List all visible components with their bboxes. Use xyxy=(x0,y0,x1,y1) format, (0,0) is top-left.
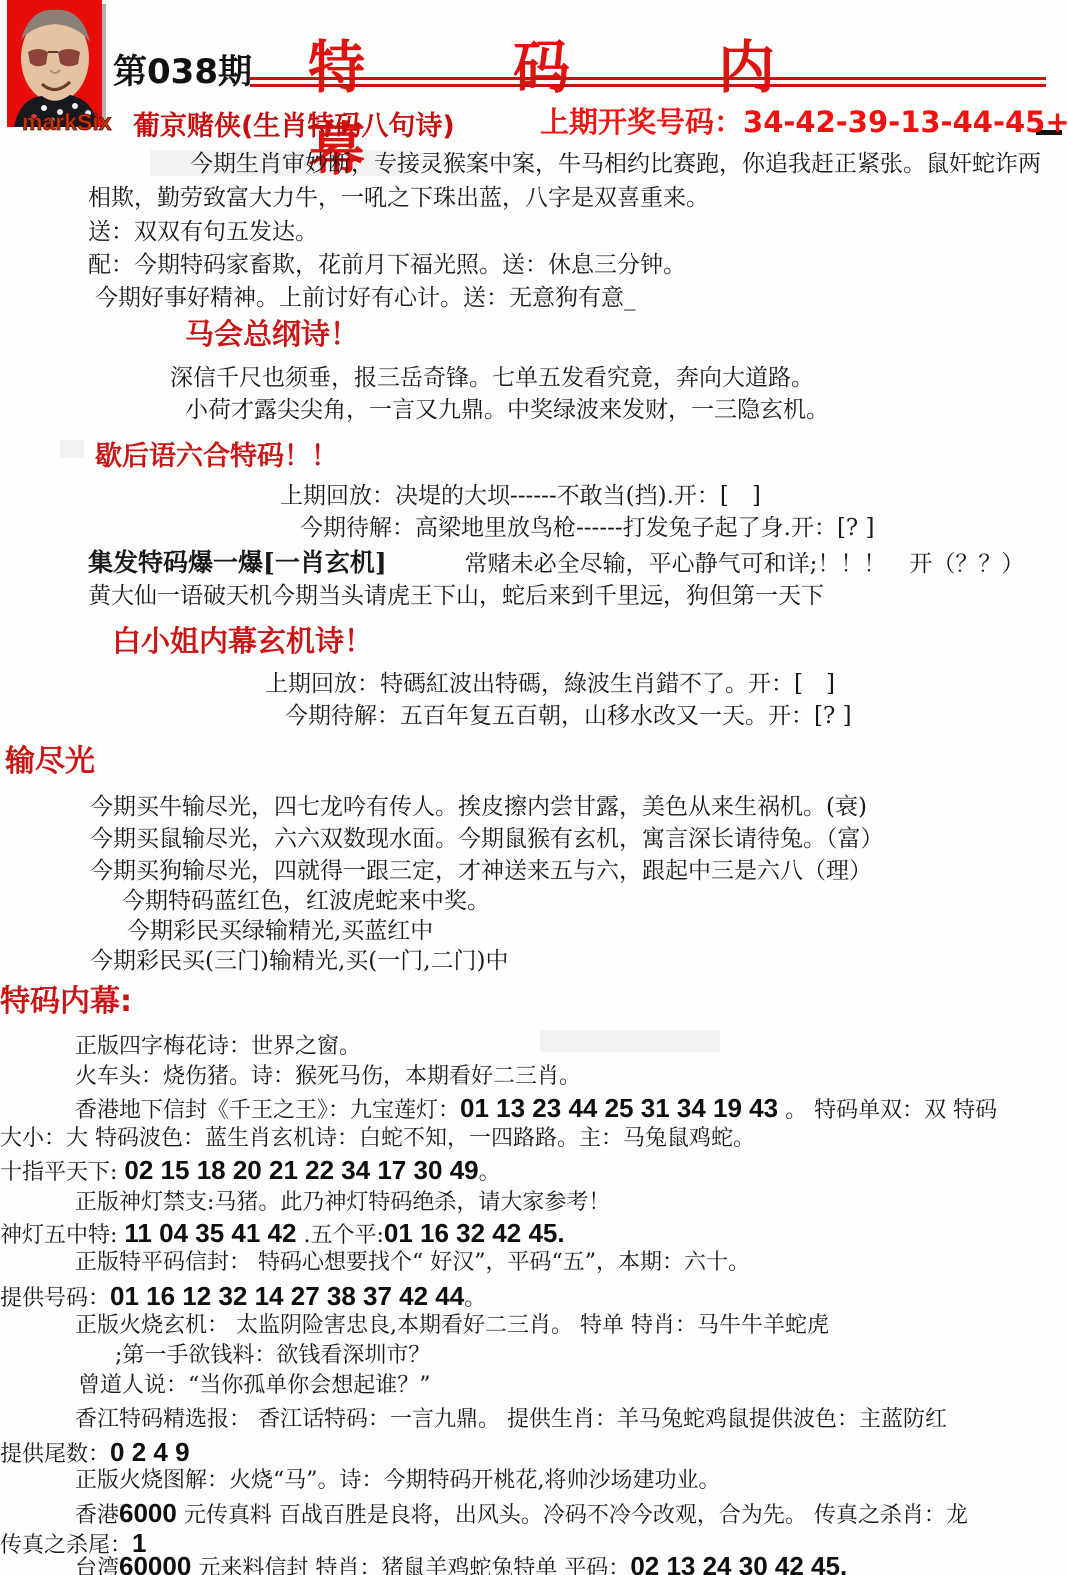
neimu-line: 正版火烧图解：火烧“马”。诗：今期特码开桃花,将帅沙场建功业。 xyxy=(75,1468,721,1494)
neimu-numbers: 0 2 4 9 xyxy=(110,1437,190,1467)
xiehouyu-line: 黄大仙一语破天机今期当头请虎王下山，蛇后来到千里远，狗但第一天下 xyxy=(88,583,824,611)
shujinguang-line: 今期买牛输尽光，四七龙吟有传人。挨皮擦内尝甘露，美色从来生祸机。(衰) xyxy=(90,794,867,822)
neimu-text: 元来料信封 特肖：猪鼠羊鸡蛇兔特单 平码： xyxy=(191,1556,630,1575)
last-draw-label: 上期开奖号码： xyxy=(540,105,743,139)
neimu-numbers: 02 13 24 30 42 45. xyxy=(630,1551,847,1575)
neimu-line: 正版神灯禁支:马猪。此乃神灯特码绝杀，请大家参考！ xyxy=(75,1190,610,1216)
poem-line: 相欺，勤劳致富大力牛，一吼之下珠出蓝，八字是双喜重来。 xyxy=(88,185,709,213)
last-draw-numbers: 34-42-39-13-44-45+43 xyxy=(743,105,1068,139)
neimu-text: 十指平天下: xyxy=(0,1160,124,1185)
shujinguang-line: 今期买狗输尽光，四就得一跟三定，才神送来五与六，跟起中三是六八（理） xyxy=(90,858,872,886)
neimu-line: 台湾60000 元来料信封 特肖：猪鼠羊鸡蛇兔特单 平码：02 13 24 30… xyxy=(75,1551,847,1575)
neimu-numbers: 01 13 23 44 25 31 34 19 43 xyxy=(460,1093,778,1123)
tip-sheet-page: markSix 第038期 特码内幕 葡京赌侠(生肖特码八句诗) 上期开奖号码：… xyxy=(0,0,1068,1575)
neimu-numbers: 01 16 32 42 45. xyxy=(384,1218,565,1248)
neimu-line: 正版火烧玄机： 太监阴险害忠良,本期看好二三肖。 特单 特肖：马牛牛羊蛇虎 xyxy=(75,1313,829,1339)
baixiaojie-heading: 白小姐内幕玄机诗！ xyxy=(112,624,373,659)
shujinguang-heading: 输尽光 xyxy=(5,744,95,780)
xiehouyu-line: 今期待解：高梁地里放鸟枪------打发兔子起了身.开：[? ] xyxy=(300,515,875,543)
title-underline-bottom xyxy=(250,84,1046,87)
neimu-line: 火车头：烧伤猪。诗：猴死马伤，本期看好二三肖。 xyxy=(75,1064,581,1090)
neimu-text: 香港地下信封《千王之王》：九宝莲灯： xyxy=(75,1098,460,1123)
logo-brand-text: markSix xyxy=(22,109,112,135)
neimu-numbers: 02 15 18 20 21 22 34 17 30 49 xyxy=(124,1155,478,1185)
shujinguang-line: 今期特码蓝红色，红波虎蛇来中奖。 xyxy=(122,888,490,916)
neimu-text: 提供尾数： xyxy=(0,1442,110,1467)
xiehouyu-bold-part: 集发特码爆一爆[一肖玄机] xyxy=(88,548,387,577)
baixiaojie-line: 上期回放：特碼紅波出特碼，綠波生肖錯不了。开：[ ] xyxy=(265,671,835,699)
mahui-line: 小荷才露尖尖角，一言又九鼎。中奖绿波来发财，一三隐玄机。 xyxy=(185,397,829,425)
neimu-numbers: 11 04 35 41 42 xyxy=(124,1218,296,1248)
neimu-text: 。 xyxy=(464,1286,486,1311)
neimu-line: 香港6000 元传真料 百战百胜是良将，出风头。冷码不冷今改观，合为先。 传真之… xyxy=(75,1498,968,1529)
scan-artifact xyxy=(60,440,84,458)
neimu-text: 。 特码单双：双 特码 xyxy=(778,1098,997,1123)
issue-number: 第038期 xyxy=(113,44,252,93)
neimu-line: 十指平天下: 02 15 18 20 21 22 34 17 30 49。 xyxy=(0,1155,501,1186)
xiehouyu-heading: 歇后语六合特码！！ xyxy=(95,441,338,473)
xiehouyu-line: 上期回放：决堤的大坝------不敢当(挡).开：[ ] xyxy=(280,483,761,511)
poem-line: 今期生肖审妙断，专接灵猴案中案，牛马相约比赛跑，你追我赶正紧张。鼠奸蛇诈两 xyxy=(190,151,1041,179)
neimu-line: ;第一手欲钱料：欲钱看深圳市？ xyxy=(115,1343,430,1369)
title-underline-top xyxy=(250,77,1046,80)
neimu-line: 提供号码：01 16 12 32 14 27 38 37 42 44。 xyxy=(0,1281,486,1312)
last-draw-result: 上期开奖号码：34-42-39-13-44-45+43 xyxy=(540,100,1068,141)
neimu-line: 香港地下信封《千王之王》：九宝莲灯：01 13 23 44 25 31 34 1… xyxy=(75,1093,997,1124)
neimu-numbers: 60000 xyxy=(119,1551,191,1575)
neimu-numbers: 01 16 12 32 14 27 38 37 42 44 xyxy=(110,1281,464,1311)
neimu-text: 香港 xyxy=(75,1503,119,1528)
xiehouyu-line: 集发特码爆一爆[一肖玄机]常赌未必全尽输，平心静气可和详;！！！ 开（？？） xyxy=(88,548,1024,579)
neimu-text: 提供号码： xyxy=(0,1286,110,1311)
poem-line: 送：双双有句五发达。 xyxy=(88,219,318,247)
baixiaojie-line: 今期待解：五百年复五百朝，山移水改又一天。开：[? ] xyxy=(285,703,852,731)
mahui-heading: 马会总纲诗！ xyxy=(185,317,359,352)
neimu-heading: 特码内幕: xyxy=(0,984,132,1020)
neimu-line: 正版四字梅花诗：世界之窗。 xyxy=(75,1034,361,1060)
neimu-line: 曾道人说：“当你孤单你会想起谁？” xyxy=(78,1373,431,1399)
mahui-line: 深信千尺也须垂，报三岳奇锋。七单五发看究竟，奔向大道路。 xyxy=(170,365,814,393)
neimu-text: 元传真料 百战百胜是良将，出风头。冷码不冷今改观，合为先。 传真之杀肖：龙 xyxy=(177,1503,968,1528)
shujinguang-line: 今期彩民买(三门)输精光,买(一门,二门)中 xyxy=(90,948,509,976)
shujinguang-line: 今期买鼠输尽光，六六双数现水面。今期鼠猴有玄机，寓言深长请待兔。（富） xyxy=(90,826,884,854)
neimu-numbers: 6000 xyxy=(119,1498,177,1528)
subtitle: 葡京赌侠(生肖特码八句诗) xyxy=(133,104,455,143)
neimu-line: 香江特码精选报： 香江话特码：一言九鼎。 提供生肖：羊马兔蛇鸡鼠提供波色：主蓝防… xyxy=(75,1407,947,1433)
neimu-text: 。 xyxy=(479,1160,501,1185)
shujinguang-line: 今期彩民买绿输精光,买蓝红中 xyxy=(127,918,433,946)
poem-line: 配：今期特码家畜欺，花前月下福光照。送：休息三分钟。 xyxy=(88,252,686,280)
neimu-text: 台湾 xyxy=(75,1556,119,1575)
neimu-line: 正版特平码信封： 特码心想要找个“ 好汉”，平码“五”，本期：六十。 xyxy=(75,1250,750,1276)
neimu-text: 神灯五中特: xyxy=(0,1223,124,1248)
scan-artifact xyxy=(540,1030,720,1052)
neimu-line: 神灯五中特: 11 04 35 41 42 .五个平:01 16 32 42 4… xyxy=(0,1218,565,1249)
poem-line: 今期好事好精神。上前讨好有心计。送：无意狗有意_ xyxy=(95,285,636,313)
neimu-line: 提供尾数：0 2 4 9 xyxy=(0,1437,190,1468)
neimu-text: .五个平: xyxy=(296,1223,383,1248)
neimu-line: 大小：大 特码波色：蓝生肖玄机诗：白蛇不知，一四路路。主：马兔鼠鸡蛇。 xyxy=(0,1126,755,1152)
xiehouyu-rest-part: 常赌未必全尽输，平心静气可和详;！！！ 开（？？） xyxy=(465,551,1025,577)
